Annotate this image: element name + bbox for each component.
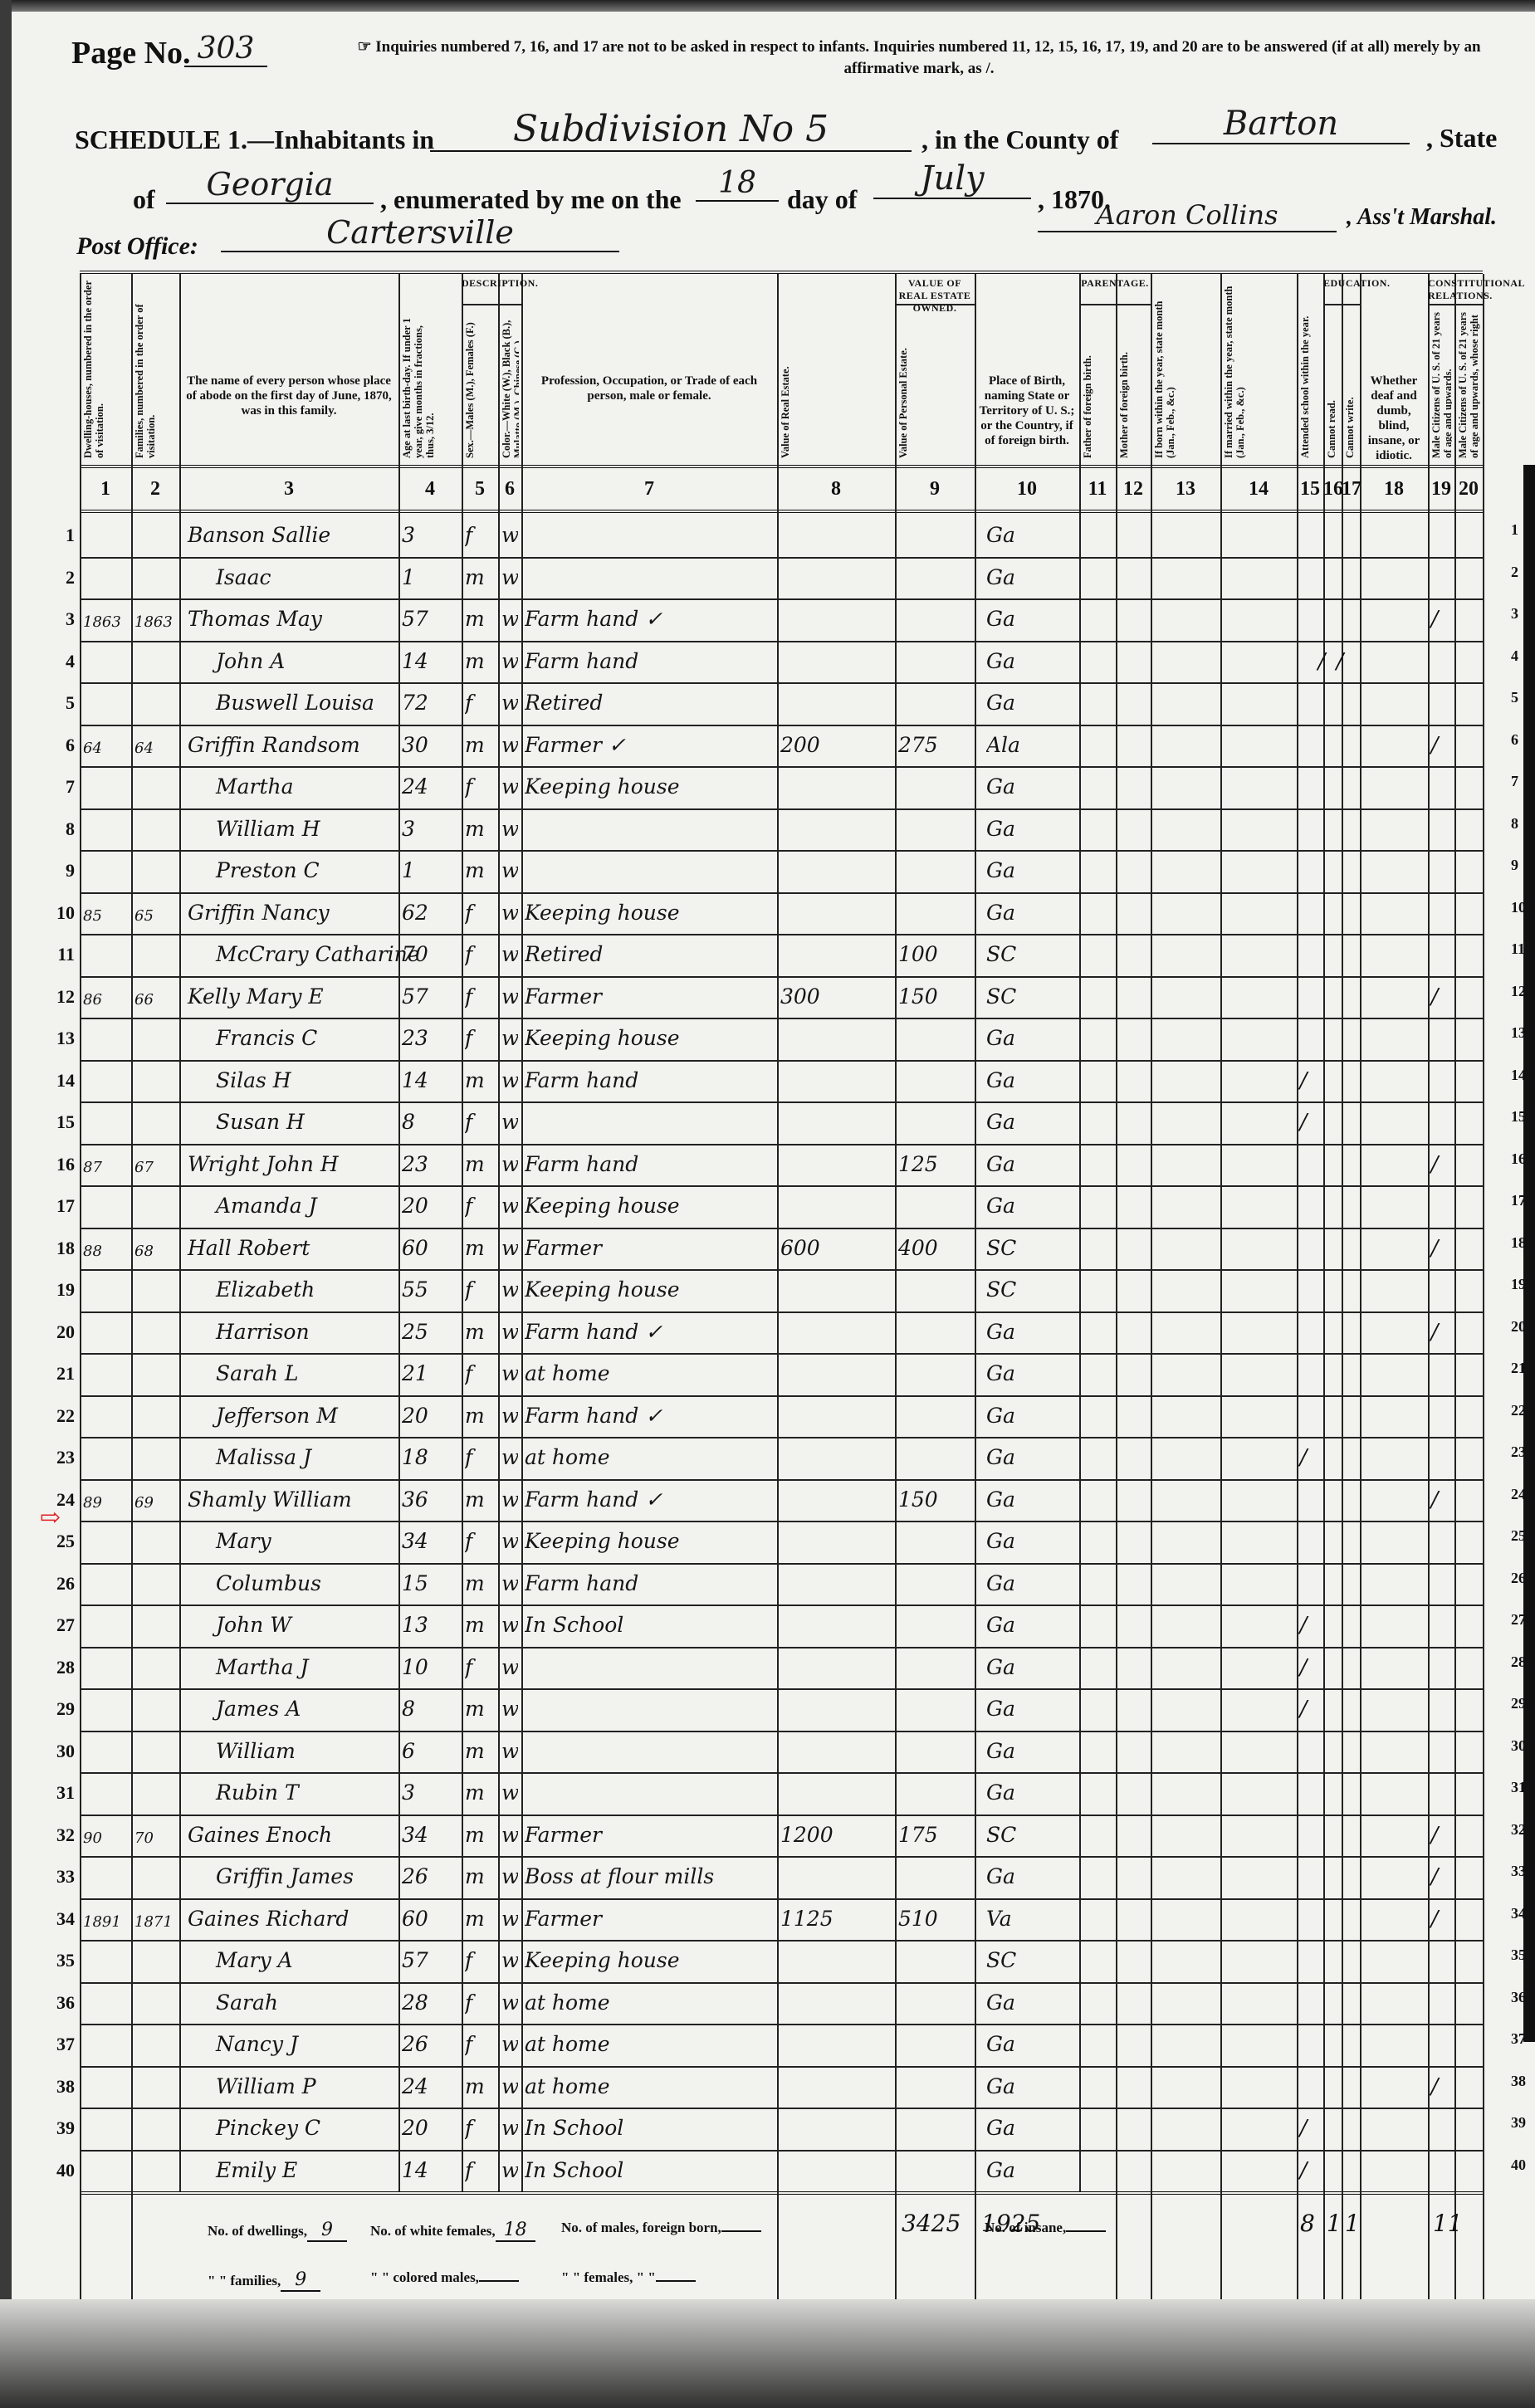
sex: f [465,901,495,925]
person-name: Mary [183,1529,428,1553]
personal-estate-value: 275 [898,733,971,757]
personal-estate-value: 150 [898,1487,971,1512]
color: w [501,1990,518,2015]
color: w [501,1404,518,1428]
sex: m [465,733,495,757]
color: w [501,984,518,1009]
summary-foreign-females-label: " " females, " " [561,2269,656,2285]
real-estate-value: 300 [780,984,892,1009]
summary-foreign-females-value [656,2280,696,2282]
personal-estate-value: 100 [898,942,971,966]
column-header-17: Cannot write. [1344,307,1357,458]
dwelling-number: 87 [83,1159,128,1176]
column-number-12: 12 [1116,478,1151,501]
occupation: Farm hand ✓ [525,1320,774,1344]
right-arrow-icon: ⇨ [40,1506,61,1531]
total-personal-estate: 1925 [981,2210,1040,2237]
birthplace: Ga [986,1404,1084,1428]
state-label: , State [1426,123,1497,154]
age: 25 [402,1320,458,1344]
citizen-mark: / [1425,984,1445,1009]
color: w [501,774,518,799]
birthplace: Ga [986,1361,1084,1385]
citizen-mark: / [1425,1487,1445,1512]
color: w [501,649,518,673]
person-name: Isaac [183,565,428,589]
birthplace: Ga [986,1613,1084,1637]
birthplace: Ga [986,1068,1084,1092]
line-number: 1 [50,525,75,546]
age: 23 [402,1026,458,1050]
line-number: 12 [50,986,75,1008]
occupation: Keeping house [525,1026,774,1050]
right-line-number: 39 [1511,2114,1526,2132]
sex: f [465,1026,495,1050]
personal-estate-value: 175 [898,1823,971,1847]
column-header-10: Place of Birth, naming State or Territor… [977,374,1077,490]
citizen-mark: / [1425,733,1445,758]
occupation: at home [525,1361,774,1385]
column-number-8: 8 [777,478,895,501]
sex: m [465,1823,495,1847]
row-rule [80,1982,1483,1984]
sex: m [465,565,495,589]
occupation: at home [525,2074,774,2098]
post-office-label: Post Office: [76,232,198,261]
occupation: Keeping house [525,1948,774,1972]
right-line-number: 20 [1511,1318,1526,1336]
column-rule [777,274,779,2316]
summary-colored-males-label: " " colored males, [370,2269,479,2285]
summary-colored-males-value [479,2280,519,2282]
age: 21 [402,1361,458,1385]
page-number-label: Page No. [71,35,191,71]
right-line-number: 38 [1511,2073,1526,2090]
right-line-number: 16 [1511,1150,1526,1168]
birthplace: SC [986,942,1084,966]
occupation: Farmer ✓ [525,733,774,757]
age: 14 [402,1068,458,1092]
line-number: 39 [50,2117,75,2139]
column-header-9: Value of Personal Estate. [897,307,972,458]
dwelling-number: 88 [83,1243,128,1260]
column-rule [1116,274,1117,2316]
attended-school-mark: / [1293,1068,1313,1093]
birthplace: Ga [986,2158,1084,2182]
occupation: Retired [525,942,774,966]
color: w [501,2158,518,2182]
birthplace: Ga [986,1487,1084,1512]
scan-edge-top [0,0,1535,12]
birthplace: Ga [986,1739,1084,1763]
birthplace: SC [986,1823,1084,1847]
column-header-16: Cannot read. [1326,307,1339,458]
color: w [501,1361,518,1385]
age: 14 [402,649,458,673]
occupation: Keeping house [525,1277,774,1302]
age: 3 [402,1780,458,1805]
line-number: 7 [50,776,75,798]
sex: f [465,1194,495,1218]
row-rule [80,976,1483,978]
color: w [501,1110,518,1134]
age: 34 [402,1823,458,1847]
color: w [501,565,518,589]
dwelling-number: 86 [83,991,128,1009]
person-name: John A [183,649,428,673]
right-line-number: 23 [1511,1443,1526,1461]
right-line-number: 22 [1511,1402,1526,1419]
sex: m [465,2074,495,2098]
color: w [501,1823,518,1847]
person-name: Banson Sallie [183,523,400,547]
attended-school-mark: / [1293,2158,1313,2183]
line-number: 8 [50,818,75,840]
occupation: at home [525,1990,774,2015]
column-rule [1483,274,1484,2316]
row-rule [80,1228,1483,1229]
line-number: 11 [50,944,75,965]
birthplace: Ga [986,565,1084,589]
row-rule [80,682,1483,684]
color: w [501,1948,518,1972]
total-cannot-write: 1 [1345,2210,1360,2237]
column-number-2: 2 [131,478,179,501]
person-name: Gaines Richard [183,1907,400,1931]
real-estate-value: 1200 [780,1823,892,1847]
line-number: 29 [50,1698,75,1720]
summary-dwellings-value: 9 [307,2220,347,2242]
summary-families: " " families,9 [208,2269,320,2292]
cannot-read-mark: / [1316,649,1327,674]
summary-foreign-males-value [721,2230,761,2232]
line-number: 5 [50,692,75,714]
enumerated-label: , enumerated by me on the [380,184,682,215]
birthplace: Ga [986,901,1084,925]
occupation: at home [525,2032,774,2056]
total-attended-school: 8 [1300,2210,1315,2237]
line-number: 10 [50,902,75,924]
color: w [501,1907,518,1931]
dwelling-number: 89 [83,1494,128,1512]
column-rule [80,274,81,2316]
right-line-number: 6 [1511,731,1518,749]
age: 70 [402,942,458,966]
age: 20 [402,1194,458,1218]
person-name: Martha J [183,1655,428,1679]
age: 14 [402,2158,458,2182]
birthplace: SC [986,984,1084,1009]
sex: f [465,1948,495,1972]
birthplace: Ga [986,1445,1084,1469]
person-name: Elizabeth [183,1277,428,1302]
column-rule [975,274,976,2316]
attended-school-mark: / [1293,1110,1313,1135]
right-line-number: 2 [1511,564,1518,581]
occupation: Farm hand ✓ [525,1487,774,1512]
column-number-19: 19 [1428,478,1454,501]
group-rule [1079,304,1151,305]
column-rule [1079,274,1081,2191]
attended-school-mark: / [1293,1445,1313,1470]
summary-foreign-males: No. of males, foreign born, [561,2220,761,2236]
column-rule [498,274,500,2191]
right-line-number: 15 [1511,1108,1526,1126]
color: w [501,1739,518,1763]
person-name: Rubin T [183,1780,428,1805]
column-rule [131,274,133,2316]
constitutional-group-header: CONSTITUTIONAL RELATIONS. [1428,277,1483,302]
right-line-number: 12 [1511,983,1526,1000]
person-name: William P [183,2074,428,2098]
education-group-header: EDUCATION. [1323,277,1360,290]
summary-dwellings: No. of dwellings,9 [208,2220,347,2242]
right-line-number: 29 [1511,1695,1526,1712]
occupation: Farmer [525,1823,774,1847]
color: w [501,1571,518,1595]
age: 13 [402,1613,458,1637]
birthplace: Ga [986,691,1084,715]
right-line-number: 18 [1511,1234,1526,1252]
right-line-number: 3 [1511,605,1518,623]
right-line-number: 10 [1511,899,1526,916]
row-rule [80,1269,1483,1271]
person-name: James A [183,1697,428,1721]
of-label: of [133,184,155,215]
right-line-number: 26 [1511,1570,1526,1587]
column-number-16: 16 [1323,478,1342,501]
right-line-number: 24 [1511,1486,1526,1503]
right-line-number: 8 [1511,815,1518,833]
person-name: Griffin Nancy [183,901,400,925]
color: w [501,1194,518,1218]
scan-edge-right [1523,465,1535,2042]
real-estate-value: 200 [780,733,892,757]
column-rule [1297,274,1298,2316]
age: 8 [402,1697,458,1721]
family-number: 64 [134,740,176,757]
color: w [501,2032,518,2056]
column-number-9: 9 [895,478,975,501]
sex: m [465,1571,495,1595]
family-number: 68 [134,1243,176,1260]
column-header-18: Whether deaf and dumb, blind, insane, or… [1362,374,1425,490]
sex: f [465,1529,495,1553]
birthplace: Ga [986,1026,1084,1050]
occupation: In School [525,2158,774,2182]
sex: f [465,1990,495,2015]
county-label: , in the County of [921,125,1118,155]
line-number: 25 [50,1531,75,1552]
age: 72 [402,691,458,715]
citizen-mark: / [1425,2074,1445,2099]
line-number: 26 [50,1573,75,1595]
person-name: Francis C [183,1026,428,1050]
row-rule [80,557,1483,559]
total-citizens: 11 [1433,2210,1463,2237]
color: w [501,607,518,631]
right-line-number: 19 [1511,1276,1526,1293]
row-rule [80,1940,1483,1942]
color: w [501,1236,518,1260]
dwelling-number: 64 [83,740,128,757]
age: 8 [402,1110,458,1134]
person-name: William [183,1739,428,1763]
age: 18 [402,1445,458,1469]
sex: f [465,774,495,799]
column-number-17: 17 [1342,478,1360,501]
line-number: 6 [50,735,75,756]
right-line-number: 1 [1511,521,1518,539]
row-rule [80,1353,1483,1355]
sex: m [465,817,495,841]
state-field: Georgia [166,166,374,204]
line-number: 31 [50,1782,75,1804]
color: w [501,691,518,715]
occupation: Farm hand [525,1068,774,1092]
birthplace: Ga [986,2032,1084,2056]
birthplace: Ga [986,1152,1084,1176]
citizen-mark: / [1425,1152,1445,1177]
occupation: Keeping house [525,1194,774,1218]
birthplace: Va [986,1907,1084,1931]
age: 20 [402,2116,458,2140]
dwelling-number: 85 [83,907,128,925]
row-rule [80,2150,1483,2152]
right-line-number: 11 [1511,940,1525,958]
age: 20 [402,1404,458,1428]
summary-foreign-males-label: No. of males, foreign born, [561,2220,721,2235]
column-rule [462,274,463,2191]
row-rule [80,1521,1483,1522]
column-number-7: 7 [521,478,777,501]
occupation: Farm hand ✓ [525,1404,774,1428]
day-field: 18 [696,166,779,202]
citizen-mark: / [1425,607,1445,632]
color: w [501,1068,518,1092]
summary-families-value: 9 [281,2269,320,2292]
age: 24 [402,2074,458,2098]
line-number: 3 [50,608,75,630]
row-rule [80,1688,1483,1690]
birthplace: Ga [986,2074,1084,2098]
summary-colored-males: " " colored males, [370,2269,519,2286]
birthplace: Ga [986,2116,1084,2140]
month-field: July [873,159,1031,199]
right-line-number: 37 [1511,2030,1526,2048]
occupation: Farmer [525,1907,774,1931]
sex: f [465,1361,495,1385]
person-name: Griffin James [183,1864,428,1888]
row-rule [80,1018,1483,1019]
row-rule [80,1647,1483,1648]
row-rule [80,850,1483,852]
sex: f [465,984,495,1009]
age: 3 [402,817,458,841]
citizen-mark: / [1425,1864,1445,1889]
row-rule [80,1437,1483,1438]
birthplace: Ala [986,733,1084,757]
numbers-bottom-rule [80,510,1483,513]
summary-families-label: " " families, [208,2273,281,2288]
summary-white-females: No. of white females,18 [370,2220,535,2242]
birthplace: Ga [986,1320,1084,1344]
age: 1 [402,858,458,882]
birthplace: Ga [986,774,1084,799]
birthplace: Ga [986,649,1084,673]
instructions-notice: ☞ Inquiries numbered 7, 16, and 17 are n… [342,37,1496,80]
citizen-mark: / [1425,1236,1445,1261]
right-line-number: 31 [1511,1779,1526,1796]
column-header-20: Male Citizens of U. S. of 21 years of ag… [1457,307,1480,458]
line-number: 2 [50,567,75,589]
page-number: 303 [184,32,267,67]
age: 30 [402,733,458,757]
county-field: Barton [1152,105,1410,144]
citizen-mark: / [1425,1823,1445,1848]
color: w [501,2074,518,2098]
right-line-number: 25 [1511,1527,1526,1545]
marshal-signature: Aaron Collins [1038,199,1337,232]
summary-white-females-value: 18 [496,2220,535,2242]
row-rule [80,1479,1483,1481]
line-number: 34 [50,1908,75,1930]
birthplace: Ga [986,523,1084,547]
column-header-7: Profession, Occupation, or Trade of each… [524,374,775,490]
person-name: Silas H [183,1068,428,1092]
row-rule [80,1772,1483,1774]
color: w [501,901,518,925]
age: 23 [402,1152,458,1176]
age: 36 [402,1487,458,1512]
color: w [501,817,518,841]
birthplace: Ga [986,1990,1084,2015]
line-number: 37 [50,2034,75,2055]
column-rule [1428,274,1430,2316]
birthplace: Ga [986,1864,1084,1888]
person-name: John W [183,1613,428,1637]
birthplace: Ga [986,817,1084,841]
citizen-mark: / [1425,1320,1445,1345]
line-number: 9 [50,860,75,882]
row-rule [80,892,1483,894]
row-rule [80,725,1483,726]
person-name: Nancy J [183,2032,428,2056]
attended-school-mark: / [1293,1613,1313,1638]
age: 34 [402,1529,458,1553]
personal-estate-value: 400 [898,1236,971,1260]
color: w [501,858,518,882]
line-number: 28 [50,1657,75,1678]
line-number: 15 [50,1111,75,1133]
birthplace: Ga [986,1697,1084,1721]
summary-foreign-females: " " females, " " [561,2269,696,2286]
birthplace: Ga [986,1110,1084,1134]
summary-dwellings-label: No. of dwellings, [208,2223,307,2239]
column-header-8: Value of Real Estate. [780,307,892,458]
column-header-4: Age at last birth-day. If under 1 year, … [401,307,459,458]
age: 62 [402,901,458,925]
dwelling-number: 1863 [83,613,128,631]
column-number-3: 3 [179,478,398,501]
occupation: In School [525,1613,774,1637]
sex: f [465,523,495,547]
sex: f [465,2032,495,2056]
column-rule [895,274,897,2316]
color: w [501,1864,518,1888]
group-rule [462,304,521,305]
sex: m [465,1613,495,1637]
